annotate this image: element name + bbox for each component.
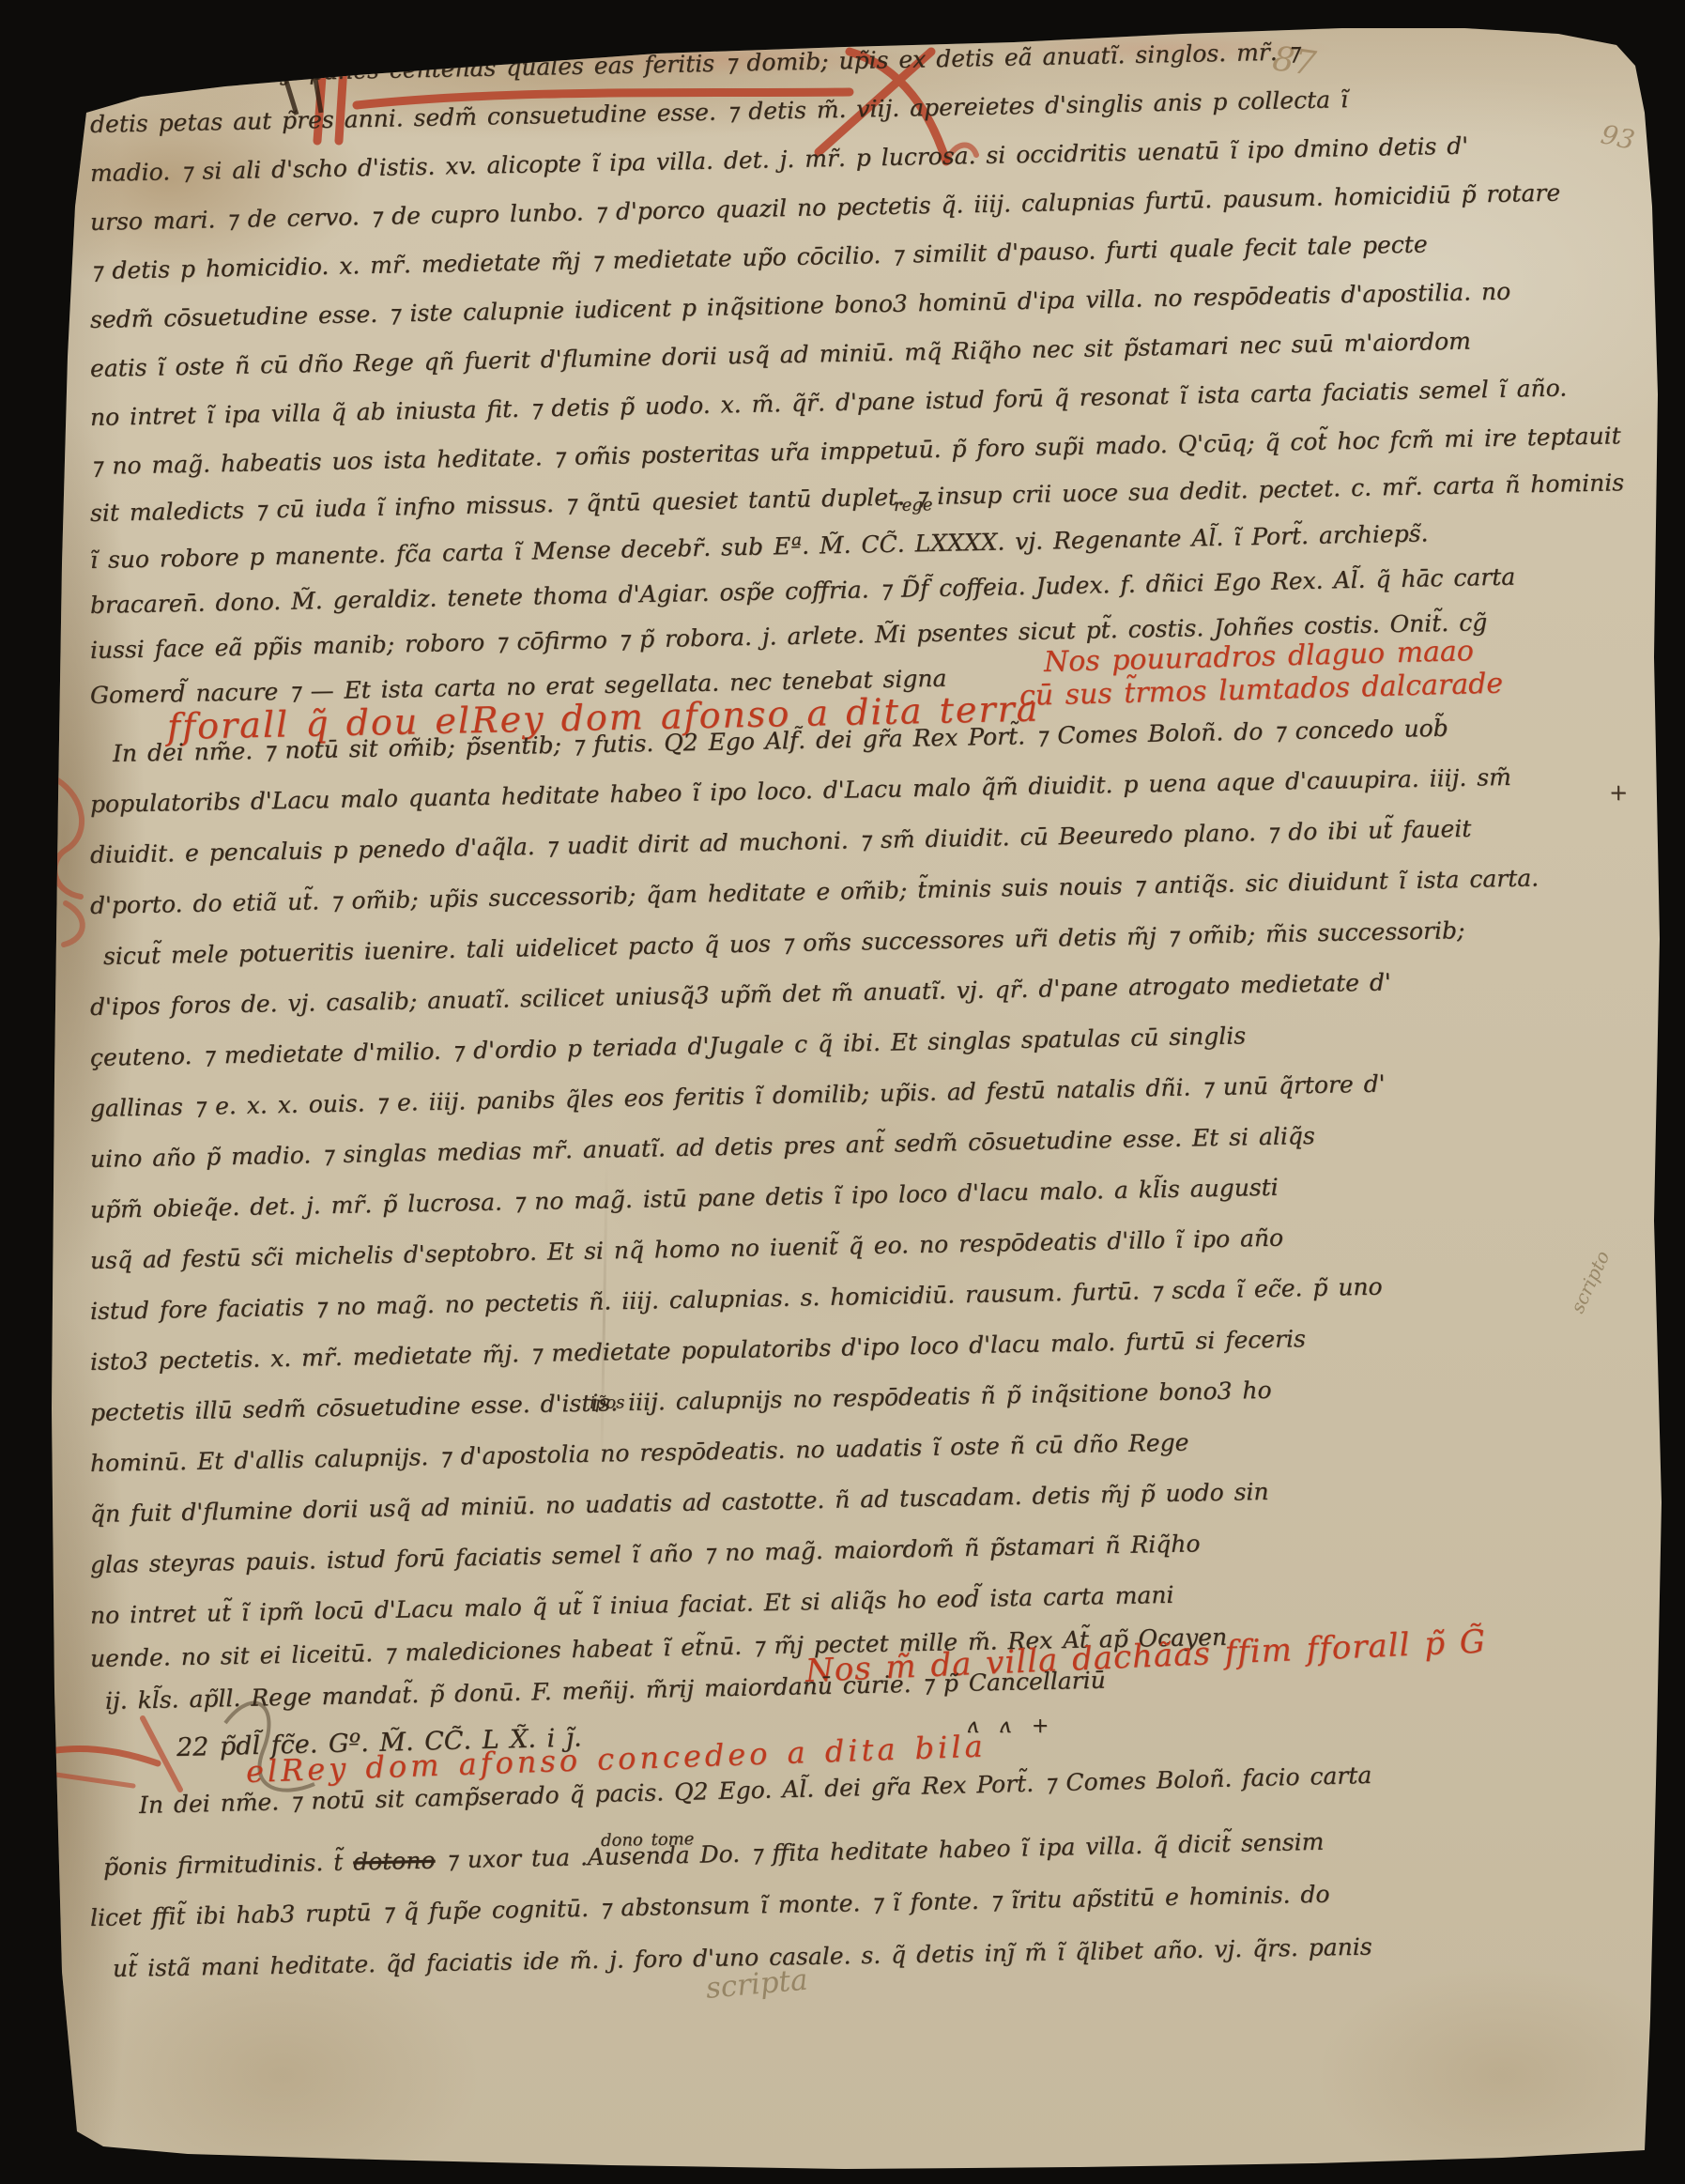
margin-cross-mark: + bbox=[1609, 779, 1628, 806]
text-line: sit maledicts ⁊ cū iuda ĩ infno missus. … bbox=[90, 469, 1625, 527]
struck-word: dotono bbox=[353, 1847, 436, 1876]
text-line: gallinas ⁊ e. x. x. ouis. ⁊ e. iiij. pan… bbox=[90, 1070, 1386, 1122]
text-line: usq̃ ad festū sc̃i michelis d'septobro. … bbox=[90, 1224, 1284, 1274]
text-line: p̃onis firmitudinis. t̃ dotono ⁊ uxor tu… bbox=[103, 1828, 1325, 1881]
text-line: q̃n fuit d'flumine dorii usq̃ ad miniū. … bbox=[90, 1478, 1269, 1528]
text-segment: p̃onis firmitudinis. t̃ bbox=[103, 1848, 354, 1881]
text-line: hominū. Et d'allis calupnijs. ⁊ d'aposto… bbox=[90, 1429, 1189, 1477]
text-segment: ⁊ uxor tua .Ausenda Do. ⁊ ffita heditate… bbox=[435, 1828, 1324, 1874]
text-line: no intret ĩ ipa villa q̃ ab iniusta fit.… bbox=[90, 374, 1568, 431]
text-line: diuidit. e pencaluis p penedo d'aq̃la. ⁊… bbox=[90, 815, 1472, 869]
text-line: madio. ⁊ si ali d'scho d'istis. xv. alic… bbox=[90, 132, 1469, 187]
text-line: isto3 pectetis. x. mr̃. medietate m̃j. ⁊… bbox=[90, 1325, 1306, 1376]
interlinear-note: rege bbox=[894, 495, 933, 515]
text-line: sedm̃ cōsuetudine esse. ⁊ iste calupnie … bbox=[90, 278, 1511, 333]
text-line: d'ipos foros de. vj. casalib; anuatĩ. sc… bbox=[90, 968, 1391, 1021]
text-line: d'porto. do etiã ut̃. ⁊ om̃ib; up̃is suc… bbox=[90, 864, 1539, 919]
gutter-red-scribble bbox=[54, 779, 82, 945]
text-line: uino año p̃ madio. ⁊ singlas medias mr̃.… bbox=[90, 1122, 1315, 1173]
text-line: populatoribs d'Lacu malo quanta heditate… bbox=[90, 763, 1511, 818]
manuscript-photo: 87 93 scripto + nes ⁊ cū. io. iiij. pane… bbox=[0, 0, 1685, 2184]
text-line: glas steyras pauis. istud forū faciatis … bbox=[90, 1530, 1201, 1578]
scripto-margin-note: scripto bbox=[1566, 1247, 1614, 1316]
folio-number: 93 bbox=[1599, 118, 1638, 156]
text-line: nes ⁊ cū. io. iiij. panes centenas quale… bbox=[103, 38, 1300, 89]
text-line: ĩ suo robore p manente. fc̃a carta ĩ Men… bbox=[90, 519, 1429, 574]
text-line: up̃m̃ obieq̃e. det. j. mr̃. p̃ lucrosa. … bbox=[90, 1174, 1279, 1223]
text-line: sicut̃ mele potueritis iuenire. tali uid… bbox=[103, 916, 1465, 970]
text-line: licet ffit̃ ibi hab3 ruptū ⁊ q̃ fup̃e co… bbox=[90, 1881, 1330, 1931]
text-line: çeuteno. ⁊ medietate d'milio. ⁊ d'ordio … bbox=[90, 1022, 1247, 1071]
mandate-line: ij. kl̃s. ap̃ll. Rege mandat̃. p̃ donū. … bbox=[105, 1667, 1106, 1715]
text-line: urso mari. ⁊ de cervo. ⁊ de cupro lunbo.… bbox=[90, 179, 1561, 236]
text-line: istud fore faciatis ⁊ no mag̃. no pectet… bbox=[90, 1273, 1383, 1325]
text-line: detis petas aut p̃res anni. sedm̃ consue… bbox=[90, 85, 1349, 138]
text-line: eatis ĩ oste ñ cū dño Rege qñ fuerit d'f… bbox=[90, 327, 1471, 382]
text-line: ⁊ detis p homicidio. x. mr̃. medietate m… bbox=[90, 230, 1428, 285]
text-line: pectetis illū sedm̃ cōsuetudine esse. d'… bbox=[90, 1377, 1272, 1426]
text-line: no intret ut̃ ĩ ipm̃ locū d'Lacu malo q̃… bbox=[90, 1581, 1174, 1629]
text-line: bracaren̄. dono. M̃. geraldiz. tenete th… bbox=[90, 563, 1516, 619]
bottom-left-red-mark bbox=[36, 1718, 180, 1790]
text-line: ⁊ no mag̃. habeatis uos ista heditate. ⁊… bbox=[90, 422, 1621, 480]
parchment-page: 87 93 scripto + nes ⁊ cū. io. iiij. pane… bbox=[0, 0, 1685, 2184]
